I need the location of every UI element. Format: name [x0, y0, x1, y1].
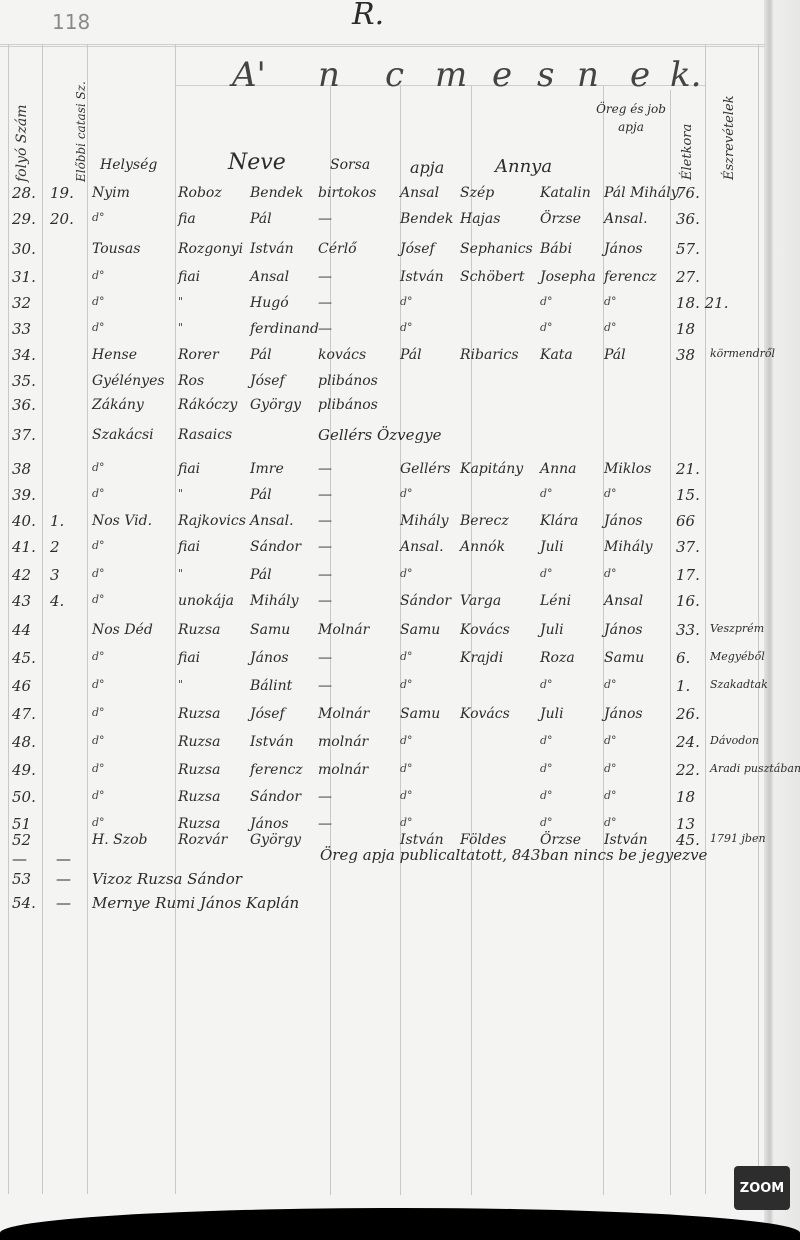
cell-grandfather: Mihály — [604, 540, 653, 554]
cell-grandfather: ferencz — [604, 270, 657, 284]
cell-father: István — [400, 833, 444, 847]
cell-no: 39. — [12, 488, 36, 503]
cell-mother-surname: Földes — [460, 833, 506, 847]
title-letter: s — [537, 55, 554, 95]
cell-surname: " — [178, 679, 183, 690]
cell-mother-surname: Krajdi — [460, 651, 503, 665]
col-header-father: apja — [410, 160, 444, 176]
cell-given: Samu — [250, 623, 290, 637]
cell-no: 45. — [12, 651, 36, 666]
title-letter: n — [318, 55, 340, 95]
cell-mother-surname: Kapitány — [460, 462, 523, 476]
cell-surname: Ruzsa — [178, 735, 220, 749]
column-line — [42, 44, 43, 1194]
top-rule-double — [0, 46, 765, 47]
cell-grandfather: d° — [604, 735, 617, 746]
cell-status: Molnár — [318, 707, 369, 721]
cell-surname: Ros — [178, 374, 204, 388]
cell-no: 35. — [12, 374, 36, 389]
cell-status: — — [318, 679, 332, 693]
cell-prev: 19. — [50, 186, 74, 201]
cell-status: — — [318, 651, 332, 665]
cell-place: d° — [92, 763, 105, 774]
cell-father: d° — [400, 568, 413, 579]
cell-mother-surname: Ribarics — [460, 348, 519, 362]
cell-grandfather: János — [604, 623, 643, 637]
cell-no: 43 — [12, 594, 31, 609]
cell-father: Ansal — [400, 186, 439, 200]
cell-no: 33 — [12, 322, 31, 337]
cell-place: d° — [92, 462, 105, 473]
cell-no: 52 — [12, 833, 31, 848]
cell-father: István — [400, 270, 444, 284]
cell-surname: " — [178, 322, 183, 333]
cell-status: plibános — [318, 398, 378, 412]
cell-surname: " — [178, 296, 183, 307]
cell-status: — — [318, 817, 332, 831]
cell-given: Imre — [250, 462, 284, 476]
cell-given: Sándor — [250, 790, 301, 804]
cell-age: 66 — [676, 514, 695, 529]
cell-given: Ansal — [250, 270, 289, 284]
cell-given: Mihály — [250, 594, 299, 608]
cell-mother-given: Roza — [540, 651, 575, 665]
cell-place: d° — [92, 568, 105, 579]
cell-father: d° — [400, 322, 413, 333]
cell-remark: Szakadtak — [710, 679, 768, 690]
cell-grandfather: János — [604, 242, 643, 256]
cell-surname: Rozgonyi — [178, 242, 243, 256]
cell-given: Jósef — [250, 374, 285, 388]
cell-status: — — [318, 462, 332, 476]
cell-given: Sándor — [250, 540, 301, 554]
cell-father: Sándor — [400, 594, 451, 608]
cell-given: Bálint — [250, 679, 292, 693]
cell-no: 31. — [12, 270, 36, 285]
cell-no: 41. — [12, 540, 36, 555]
cell-father: d° — [400, 735, 413, 746]
cell-status: kovács — [318, 348, 366, 362]
cell-given: Pál — [250, 568, 272, 582]
cell-surname: fia — [178, 212, 196, 226]
col-header-remarks: Észrevételek — [722, 95, 737, 180]
cell-father: d° — [400, 790, 413, 801]
cell-place: d° — [92, 817, 105, 828]
cell-mother-surname: Kovács — [460, 623, 510, 637]
col-header-grandfather: Öreg és job apja — [596, 100, 666, 136]
cell-father: d° — [400, 817, 413, 828]
cell-age: 24. — [676, 735, 700, 750]
cell-place: d° — [92, 594, 105, 605]
cell-father: d° — [400, 763, 413, 774]
cell-text: Mernye Rumi János Kaplán — [92, 896, 299, 911]
col-header-previous: Előbbi catasi Sz. — [74, 81, 88, 182]
cell-text: Vizoz Ruzsa Sándor — [92, 872, 242, 887]
title-letter: k. — [670, 55, 701, 95]
cell-place: d° — [92, 212, 105, 223]
cell-status: — — [318, 212, 332, 226]
cell-prev: 2 — [50, 540, 60, 555]
cell-mother-surname: Annók — [460, 540, 505, 554]
cell-no: 29. — [12, 212, 36, 227]
cell-mother-given: d° — [540, 817, 553, 828]
cell-mother-given: Juli — [540, 540, 564, 554]
cell-place: d° — [92, 651, 105, 662]
cell-father: d° — [400, 488, 413, 499]
cell-status: — — [318, 270, 332, 284]
cell-remark: Aradi pusztában — [710, 763, 800, 774]
cell-prev: 1. — [50, 514, 64, 529]
cell-mother-given: Bábi — [540, 242, 572, 256]
cell-place: H. Szob — [92, 833, 147, 847]
cell-age: 27. — [676, 270, 700, 285]
cell-grandfather: d° — [604, 790, 617, 801]
cell-grandfather: d° — [604, 763, 617, 774]
cell-given: István — [250, 242, 294, 256]
cell-mother-surname: Schöbert — [460, 270, 524, 284]
cell-no: 38 — [12, 462, 31, 477]
cell-prev: — — [56, 852, 71, 867]
cell-mother-given: d° — [540, 735, 553, 746]
cell-prev: 3 — [50, 568, 60, 583]
cell-remark: Megyéből — [710, 651, 765, 662]
cell-father: Bendek — [400, 212, 453, 226]
cell-no: 30. — [12, 242, 36, 257]
cell-mother-given: d° — [540, 790, 553, 801]
cell-mother-given: Klára — [540, 514, 578, 528]
cell-status: Molnár — [318, 623, 369, 637]
cell-surname: Ruzsa — [178, 623, 220, 637]
cell-age: 26. — [676, 707, 700, 722]
zoom-magnifier-icon: ZOOM — [740, 1181, 784, 1196]
cell-no: 34. — [12, 348, 36, 363]
title-letter: A' — [232, 55, 266, 95]
cell-surname: Ruzsa — [178, 817, 220, 831]
cell-mother-given: d° — [540, 568, 553, 579]
cell-given: ferdinand — [250, 322, 319, 336]
cell-mother-given: Léni — [540, 594, 571, 608]
cell-no: 47. — [12, 707, 36, 722]
cell-age: 76. — [676, 186, 700, 201]
cell-prev: — — [56, 872, 71, 887]
cell-status: plibános — [318, 374, 378, 388]
cell-place: d° — [92, 296, 105, 307]
cell-given: Ansal. — [250, 514, 294, 528]
cell-given: Jósef — [250, 707, 285, 721]
cell-no: 51 — [12, 817, 31, 832]
cell-given: János — [250, 651, 289, 665]
cell-place: d° — [92, 322, 105, 333]
cell-surname: Rákóczy — [178, 398, 237, 412]
cell-place: d° — [92, 540, 105, 551]
cell-place: Gyélényes — [92, 374, 165, 388]
cell-father: Samu — [400, 623, 440, 637]
title-letter: n — [577, 55, 599, 95]
cell-given: György — [250, 833, 301, 847]
cell-father: Mihály — [400, 514, 449, 528]
cell-remark: Dávodon — [710, 735, 759, 746]
cell-grandfather: Pál — [604, 348, 626, 362]
cell-grandfather: Miklos — [604, 462, 651, 476]
cell-no: 37. — [12, 428, 36, 443]
cell-surname: Rajkovics — [178, 514, 246, 528]
cell-grandfather: Ansal. — [604, 212, 648, 226]
cell-father: Gellérs — [400, 462, 451, 476]
cell-status: molnár — [318, 763, 368, 777]
cell-age: 16. — [676, 594, 700, 609]
cell-place: d° — [92, 790, 105, 801]
cell-place: d° — [92, 270, 105, 281]
cell-given: György — [250, 398, 301, 412]
cell-surname: " — [178, 488, 183, 499]
cell-remark: körmendről — [710, 348, 775, 359]
cell-given: Hugó — [250, 296, 289, 310]
cell-place: Zákány — [92, 398, 144, 412]
cell-mother-given: Örzse — [540, 833, 581, 847]
cell-age: 57. — [676, 242, 700, 257]
col-header-sequence: folyó Szám — [14, 105, 30, 182]
cell-grandfather: Pál Mihály — [604, 186, 679, 200]
cell-no: 28. — [12, 186, 36, 201]
cell-status: Cérlő — [318, 242, 357, 256]
cell-mother-given: d° — [540, 296, 553, 307]
cell-status: Gellérs Özvegye — [318, 428, 441, 443]
cell-mother-given: Kata — [540, 348, 573, 362]
cell-father: d° — [400, 296, 413, 307]
cell-age: 37. — [676, 540, 700, 555]
column-line — [758, 44, 759, 1194]
cell-mother-given: Anna — [540, 462, 577, 476]
cell-given: Pál — [250, 488, 272, 502]
zoom-logo: ZOOM — [734, 1166, 790, 1210]
cell-place: d° — [92, 679, 105, 690]
col-header-name: Neve — [228, 152, 286, 174]
folio-number: 118 — [52, 12, 90, 32]
cell-grandfather: János — [604, 514, 643, 528]
cell-surname: " — [178, 568, 183, 579]
cell-no: 36. — [12, 398, 36, 413]
cell-place: Hense — [92, 348, 137, 362]
cell-mother-given: Juli — [540, 623, 564, 637]
cell-place: Nos Déd — [92, 623, 153, 637]
cell-mother-given: Juli — [540, 707, 564, 721]
cell-status: birtokos — [318, 186, 376, 200]
cell-age: 18. 21. — [676, 296, 728, 311]
col-header-mother: Annya — [495, 158, 552, 176]
cell-status: — — [318, 790, 332, 804]
cell-age: 18 — [676, 322, 695, 337]
column-line — [670, 90, 671, 1195]
cell-grandfather: d° — [604, 568, 617, 579]
cell-surname: fiai — [178, 651, 200, 665]
cell-surname: fiai — [178, 462, 200, 476]
cell-surname: Ruzsa — [178, 707, 220, 721]
cell-age: 13 — [676, 817, 695, 832]
cell-age: 15. — [676, 488, 700, 503]
cell-father: Pál — [400, 348, 422, 362]
title-letter: m — [435, 55, 467, 95]
cell-surname: Rasaics — [178, 428, 232, 442]
cell-surname: Ruzsa — [178, 763, 220, 777]
cell-father: Jósef — [400, 242, 435, 256]
cell-place: Nyim — [92, 186, 130, 200]
cell-no: 50. — [12, 790, 36, 805]
cell-prev: 4. — [50, 594, 64, 609]
cell-no: 54. — [12, 896, 36, 911]
cell-surname: fiai — [178, 540, 200, 554]
cell-grandfather: d° — [604, 817, 617, 828]
cell-mother-surname: Varga — [460, 594, 501, 608]
cell-given: Pál — [250, 348, 272, 362]
cell-mother-surname: Sephanics — [460, 242, 533, 256]
cell-status: — — [318, 514, 332, 528]
cell-age: 22. — [676, 763, 700, 778]
cell-mother-surname: Kovács — [460, 707, 510, 721]
cell-status: — — [318, 594, 332, 608]
cell-no: — — [12, 852, 27, 867]
cell-place: Szakácsi — [92, 428, 154, 442]
title-letter: e — [492, 55, 512, 95]
cell-mother-surname: Hajas — [460, 212, 500, 226]
cell-age: 38 — [676, 348, 695, 363]
cell-no: 44 — [12, 623, 31, 638]
cell-father: Samu — [400, 707, 440, 721]
cell-mother-given: d° — [540, 763, 553, 774]
cell-age: 1. — [676, 679, 690, 694]
cell-no: 42 — [12, 568, 31, 583]
col-header-status: Sorsa — [330, 158, 370, 172]
cell-given: János — [250, 817, 289, 831]
cell-father: Ansal. — [400, 540, 444, 554]
cell-mother-surname: Berecz — [460, 514, 509, 528]
cell-no: 53 — [12, 872, 31, 887]
cell-status: — — [318, 568, 332, 582]
cell-given: Pál — [250, 212, 272, 226]
cell-mother-given: d° — [540, 322, 553, 333]
cell-father: d° — [400, 679, 413, 690]
cell-status: molnár — [318, 735, 368, 749]
manuscript-page: 118 R. A' n c m e s n e k. folyó Szám El… — [0, 0, 800, 1240]
cell-surname: Rozvár — [178, 833, 227, 847]
cell-mother-given: Katalin — [540, 186, 591, 200]
title-letter: e — [630, 55, 650, 95]
cell-surname: Rorer — [178, 348, 219, 362]
cell-status: — — [318, 488, 332, 502]
cell-grandfather: d° — [604, 488, 617, 499]
cell-age: 18 — [676, 790, 695, 805]
cell-age: 21. — [676, 462, 700, 477]
cell-age: 33. — [676, 623, 700, 638]
column-line — [87, 44, 88, 1194]
cell-mother-given: d° — [540, 679, 553, 690]
cell-surname: Roboz — [178, 186, 222, 200]
cell-mother-given: d° — [540, 488, 553, 499]
cell-mother-given: Örzse — [540, 212, 581, 226]
cell-age: 6. — [676, 651, 690, 666]
column-line — [8, 44, 9, 1194]
cell-no: 40. — [12, 514, 36, 529]
cell-remark: 1791 jben — [710, 833, 766, 844]
cell-mother-surname: Szép — [460, 186, 494, 200]
cell-surname: fiai — [178, 270, 200, 284]
cell-given: István — [250, 735, 294, 749]
top-rule — [0, 44, 765, 45]
column-line — [175, 44, 176, 1194]
col-header-age: Életkora — [680, 124, 695, 180]
cell-place: Tousas — [92, 242, 140, 256]
cell-grandfather: d° — [604, 679, 617, 690]
cell-given: ferencz — [250, 763, 303, 777]
cell-status: — — [318, 296, 332, 310]
cell-surname: unokája — [178, 594, 234, 608]
cell-place: d° — [92, 488, 105, 499]
cell-prev: 20. — [50, 212, 74, 227]
title-letter: c — [385, 55, 404, 95]
cell-father: d° — [400, 651, 413, 662]
col-header-place: Helység — [100, 158, 157, 172]
cell-age: 17. — [676, 568, 700, 583]
cell-grandfather: János — [604, 707, 643, 721]
cell-grandfather: István — [604, 833, 648, 847]
cell-prev: — — [56, 896, 71, 911]
letter-heading: R. — [352, 0, 384, 30]
cell-place: d° — [92, 735, 105, 746]
cell-no: 32 — [12, 296, 31, 311]
cell-grandfather: d° — [604, 296, 617, 307]
cell-grandfather: Samu — [604, 651, 644, 665]
cell-no: 46 — [12, 679, 31, 694]
cell-status: — — [318, 322, 332, 336]
cell-grandfather: Ansal — [604, 594, 643, 608]
cell-surname: Ruzsa — [178, 790, 220, 804]
cell-place: Nos Vid. — [92, 514, 152, 528]
cell-mother-given: Josepha — [540, 270, 596, 284]
cell-remark: Veszprém — [710, 623, 764, 634]
cell-given: Bendek — [250, 186, 303, 200]
cell-status: — — [318, 540, 332, 554]
cell-grandfather: d° — [604, 322, 617, 333]
column-line — [705, 44, 706, 1194]
cell-no: 49. — [12, 763, 36, 778]
cell-place: d° — [92, 707, 105, 718]
note-line: Öreg apja publicaltatott, 843ban nincs b… — [320, 848, 707, 863]
book-binding — [764, 0, 800, 1240]
cell-age: 36. — [676, 212, 700, 227]
cell-no: 48. — [12, 735, 36, 750]
